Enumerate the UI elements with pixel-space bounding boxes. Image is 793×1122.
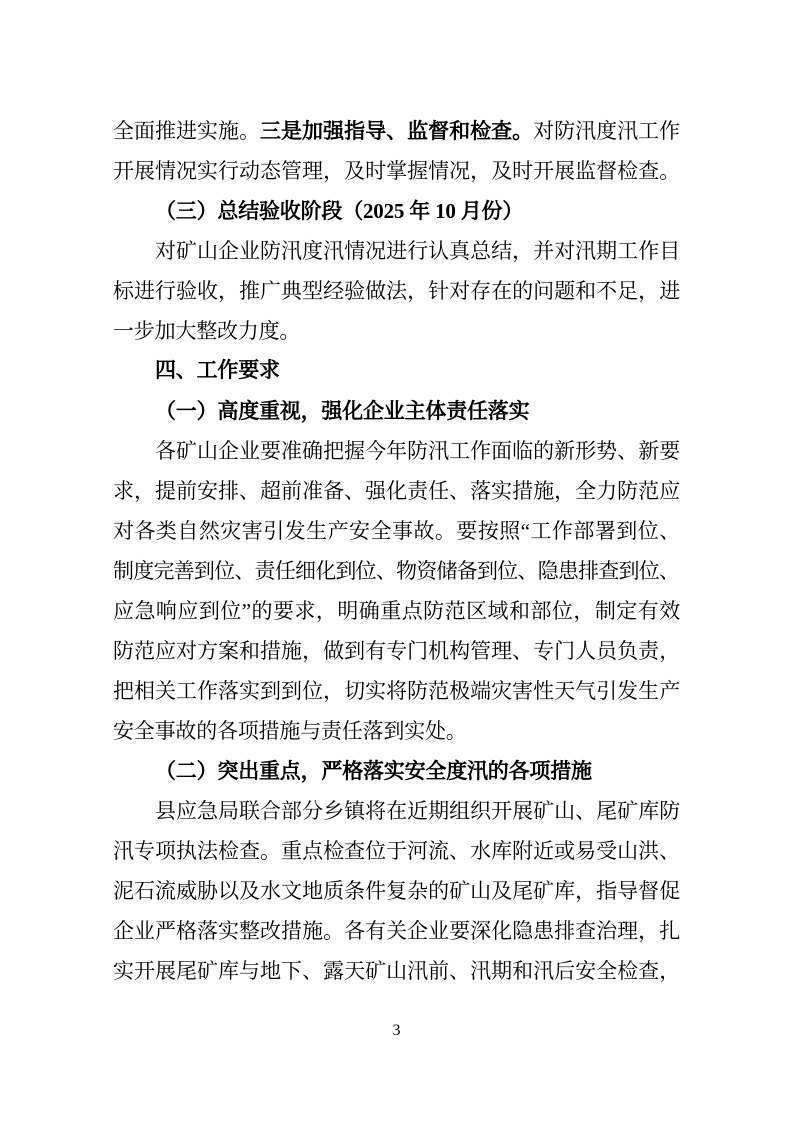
text-segment: 安全事故的各项措施与责任落到实处。 <box>113 719 467 743</box>
page-number: 3 <box>393 1022 401 1039</box>
text-line: 县应急局联合部分乡镇将在近期组织开展矿山、尾矿库防 <box>113 791 680 831</box>
text-line: 对各类自然灾害引发生产安全事故。要按照“工作部署到位、 <box>113 511 680 551</box>
document-page: 全面推进实施。三是加强指导、监督和检查。对防汛度汛工作开展情况实行动态管理，及时… <box>0 0 793 1122</box>
text-line: 防范应对方案和措施，做到有专门机构管理、专门人员负责， <box>113 631 680 671</box>
text-segment: 防范应对方案和措施，做到有专门机构管理、专门人员负责， <box>113 639 680 663</box>
text-segment: 企业严格落实整改措施。各有关企业要深化隐患排查治理，扎 <box>113 919 680 943</box>
text-segment: （二）突出重点，严格落实安全度汛的各项措施 <box>155 759 592 783</box>
text-segment: 县应急局联合部分乡镇将在近期组织开展矿山、尾矿库防 <box>155 799 680 823</box>
section-heading: （二）突出重点，严格落实安全度汛的各项措施 <box>113 751 680 791</box>
text-line: 汛专项执法检查。重点检查位于河流、水库附近或易受山洪、 <box>113 831 680 871</box>
text-line: 实开展尾矿库与地下、露天矿山汛前、汛期和汛后安全检查， <box>113 951 680 991</box>
text-segment: 三是加强指导、监督和检查。 <box>260 119 533 143</box>
text-line: 把相关工作落实到到位，切实将防范极端灾害性天气引发生产 <box>113 671 680 711</box>
text-line: 制度完善到位、责任细化到位、物资储备到位、隐患排查到位、 <box>113 551 680 591</box>
section-heading: （一）高度重视，强化企业主体责任落实 <box>113 391 680 431</box>
text-line: 一步加大整改力度。 <box>113 311 680 351</box>
text-segment: 把相关工作落实到到位，切实将防范极端灾害性天气引发生产 <box>113 679 680 703</box>
text-segment: （三）总结验收阶段（2025 年 10 月份） <box>155 199 523 223</box>
text-line: 对矿山企业防汛度汛情况进行认真总结，并对汛期工作目 <box>113 231 680 271</box>
text-segment: 实开展尾矿库与地下、露天矿山汛前、汛期和汛后安全检查， <box>113 959 680 983</box>
text-segment: （一）高度重视，强化企业主体责任落实 <box>155 399 529 423</box>
text-line: 泥石流威胁以及水文地质条件复杂的矿山及尾矿库，指导督促 <box>113 871 680 911</box>
text-segment: 四、工作要求 <box>155 359 280 382</box>
section-heading: 四、工作要求 <box>113 351 680 391</box>
text-segment: 制度完善到位、责任细化到位、物资储备到位、隐患排查到位、 <box>113 559 679 583</box>
text-segment: 对矿山企业防汛度汛情况进行认真总结，并对汛期工作目 <box>155 239 680 263</box>
text-segment: 求，提前安排、超前准备、强化责任、落实措施，全力防范应 <box>113 479 680 503</box>
text-segment: 标进行验收，推广典型经验做法，针对存在的问题和不足，进 <box>113 279 680 303</box>
text-line: 应急响应到位”的要求，明确重点防范区域和部位，制定有效 <box>113 591 680 631</box>
text-line: 企业严格落实整改措施。各有关企业要深化隐患排查治理，扎 <box>113 911 680 951</box>
text-line: 各矿山企业要准确把握今年防汛工作面临的新形势、新要 <box>113 431 680 471</box>
text-segment: 应急响应到位”的要求，明确重点防范区域和部位，制定有效 <box>113 599 680 623</box>
text-line: 全面推进实施。三是加强指导、监督和检查。对防汛度汛工作 <box>113 111 680 151</box>
text-segment: 泥石流威胁以及水文地质条件复杂的矿山及尾矿库，指导督促 <box>113 879 680 903</box>
document-body: 全面推进实施。三是加强指导、监督和检查。对防汛度汛工作开展情况实行动态管理，及时… <box>113 111 680 991</box>
text-segment: 开展情况实行动态管理，及时掌握情况，及时开展监督检查。 <box>113 159 680 183</box>
text-line: 开展情况实行动态管理，及时掌握情况，及时开展监督检查。 <box>113 151 680 191</box>
text-segment: 各矿山企业要准确把握今年防汛工作面临的新形势、新要 <box>155 439 680 463</box>
page-footer: 3 <box>113 1023 680 1039</box>
section-heading: （三）总结验收阶段（2025 年 10 月份） <box>113 191 680 231</box>
text-segment: 一步加大整改力度。 <box>113 319 300 343</box>
text-segment: 对各类自然灾害引发生产安全事故。要按照“工作部署到位、 <box>113 519 680 543</box>
text-line: 安全事故的各项措施与责任落到实处。 <box>113 711 680 751</box>
text-line: 标进行验收，推广典型经验做法，针对存在的问题和不足，进 <box>113 271 680 311</box>
text-segment: 汛专项执法检查。重点检查位于河流、水库附近或易受山洪、 <box>113 839 680 863</box>
text-segment: 全面推进实施。 <box>113 119 260 143</box>
text-segment: 对防汛度汛工作 <box>533 119 680 143</box>
text-line: 求，提前安排、超前准备、强化责任、落实措施，全力防范应 <box>113 471 680 511</box>
